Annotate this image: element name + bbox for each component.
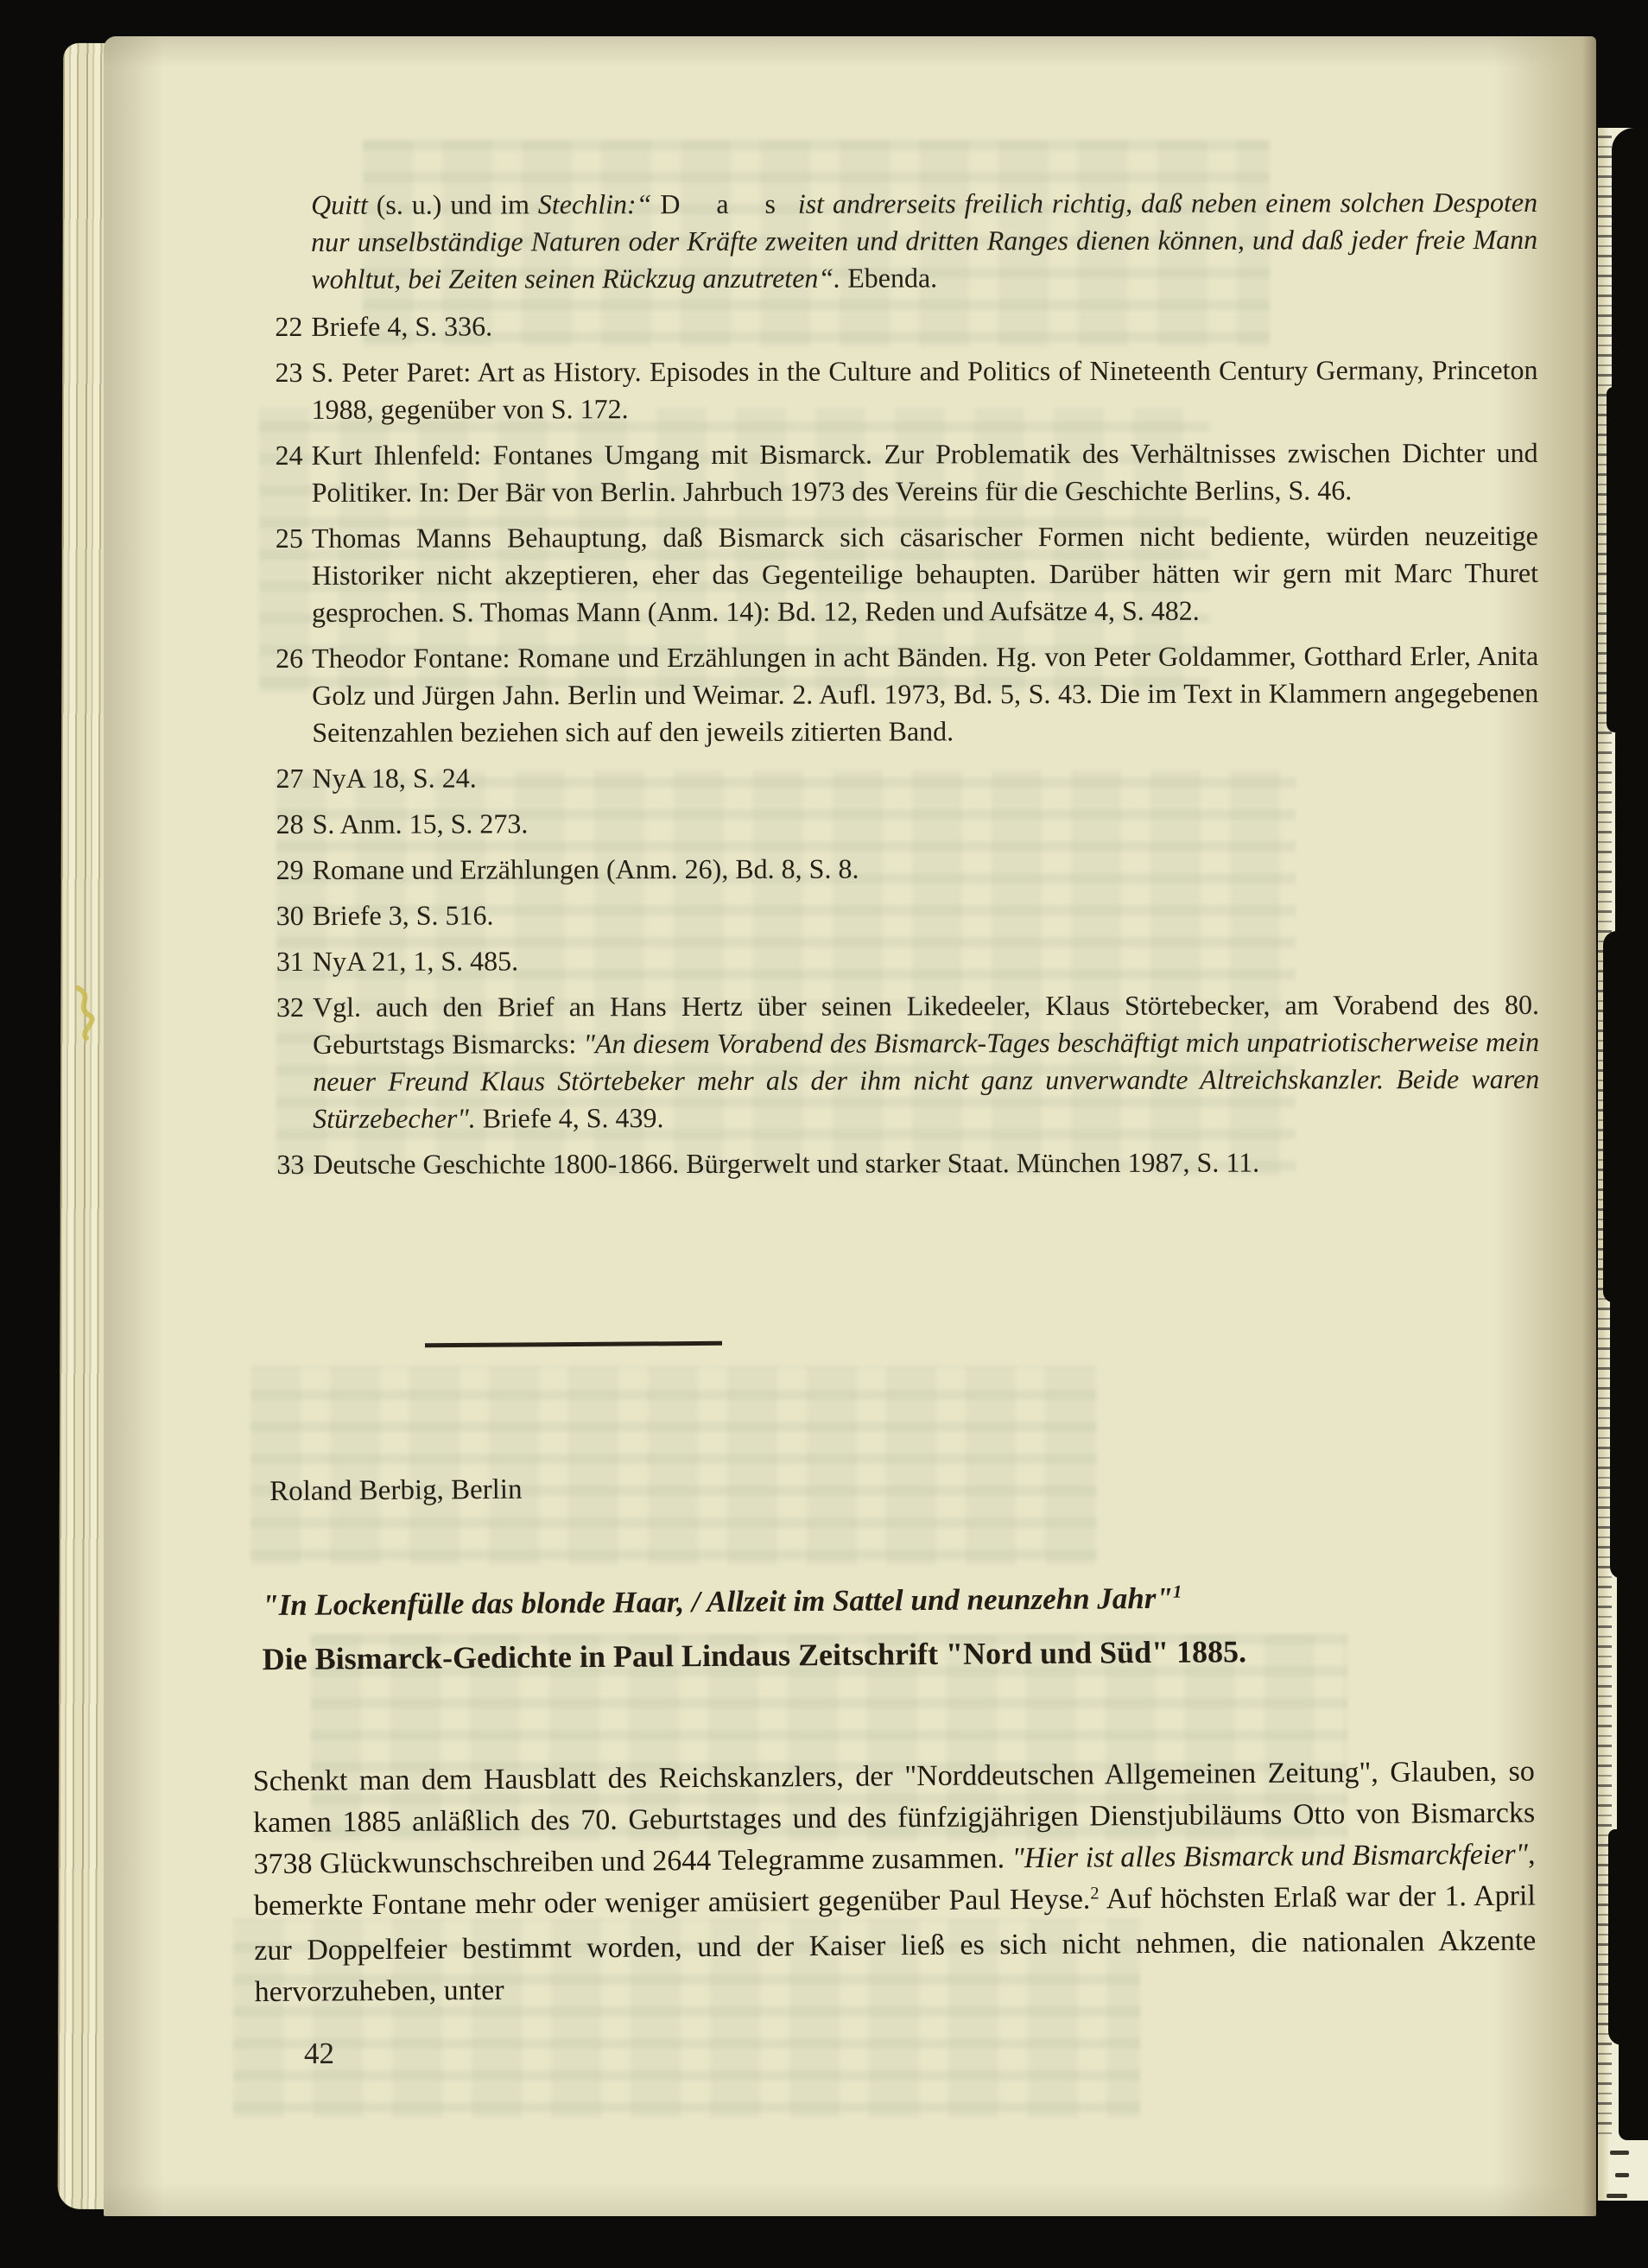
note-item: 32Vgl. auch den Brief an Hans Hertz über… xyxy=(276,986,1539,1137)
text-segment: S. Peter Paret: Art as History. Episodes… xyxy=(311,354,1537,425)
text-segment: S. Anm. 15, S. 273. xyxy=(313,808,529,839)
text-segment: NyA 18, S. 24. xyxy=(312,763,476,794)
note-number: 33 xyxy=(276,1146,313,1183)
text-segment: Theodor Fontane: Romane und Erzählungen … xyxy=(312,640,1538,748)
ink-blotch xyxy=(1612,128,1648,396)
note-number: 25 xyxy=(276,520,312,557)
note-item: 26Theodor Fontane: Romane und Erzählunge… xyxy=(276,637,1538,751)
note-number: 27 xyxy=(276,760,312,797)
note-text: NyA 18, S. 24. xyxy=(312,763,476,794)
text-segment: Kurt Ihlenfeld: Fontanes Umgang mit Bism… xyxy=(312,437,1538,508)
note-number: 26 xyxy=(276,640,312,677)
note-text: Briefe 3, S. 516. xyxy=(313,899,494,930)
note-number: 23 xyxy=(275,354,311,391)
article-body-paragraph: Schenkt man dem Hausblatt des Reichskanz… xyxy=(253,1752,1537,2014)
text-segment: D a s xyxy=(660,188,789,219)
text-segment: Romane und Erzählungen (Anm. 26), Bd. 8,… xyxy=(313,853,859,885)
note-item: 33Deutsche Geschichte 1800-1866. Bürgerw… xyxy=(276,1144,1539,1183)
text-segment: Stechlin:“ xyxy=(538,188,652,219)
text-segment: 2 xyxy=(1090,1884,1099,1903)
note-number: 22 xyxy=(275,308,311,345)
note-item: 25Thomas Manns Behauptung, daß Bismarck … xyxy=(276,517,1538,631)
text-segment xyxy=(789,188,798,219)
note-number: 29 xyxy=(276,852,313,889)
note-item: 29Romane und Erzählungen (Anm. 26), Bd. … xyxy=(276,849,1539,889)
note-text: Romane und Erzählungen (Anm. 26), Bd. 8,… xyxy=(313,853,859,885)
ink-blotch xyxy=(1615,724,1648,940)
section-divider-rule xyxy=(425,1341,722,1347)
article-header-block: Roland Berbig, Berlin "In Lockenfülle da… xyxy=(269,1465,1587,2013)
article-title-footnote-marker: 1 xyxy=(1173,1581,1182,1602)
article-subtitle: Die Bismarck-Gedichte in Paul Lindaus Ze… xyxy=(262,1629,1583,1680)
article-title: "In Lockenfülle das blonde Haar, / Allze… xyxy=(262,1575,1583,1629)
text-segment: Quitt xyxy=(311,189,368,220)
facing-page-edge xyxy=(1598,128,1648,2201)
facing-page-text-trace xyxy=(1615,2173,1629,2177)
scanned-page: Quitt (s. u.) und im Stechlin:“ D a s is… xyxy=(104,36,1596,2216)
note-item: 27NyA 18, S. 24. xyxy=(276,757,1538,797)
margin-scribble-mark xyxy=(73,981,98,1043)
endnotes-block: Quitt (s. u.) und im Stechlin:“ D a s is… xyxy=(275,184,1539,1192)
text-segment: Briefe 3, S. 516. xyxy=(313,899,494,930)
note-item: 30Briefe 3, S. 516. xyxy=(276,895,1539,934)
note-continuation-paragraph: Quitt (s. u.) und im Stechlin:“ D a s is… xyxy=(275,184,1537,298)
ink-blotch xyxy=(1619,2037,1648,2140)
article-author-line: Roland Berbig, Berlin xyxy=(269,1465,1582,1508)
page-number: 42 xyxy=(304,2037,334,2071)
ink-blotch xyxy=(1610,1294,1648,1579)
note-text: NyA 21, 1, S. 485. xyxy=(313,945,518,976)
ink-blotch xyxy=(1608,1829,1648,2045)
text-segment: Deutsche Geschichte 1800-1866. Bürgerwel… xyxy=(313,1147,1259,1180)
note-text: Kurt Ihlenfeld: Fontanes Umgang mit Bism… xyxy=(312,437,1538,508)
note-text: S. Anm. 15, S. 273. xyxy=(313,808,529,839)
text-segment: Ebenda. xyxy=(840,262,937,293)
text-segment: "Hier ist alles Bismarck und Bismarckfei… xyxy=(1011,1839,1528,1875)
note-text: Deutsche Geschichte 1800-1866. Bürgerwel… xyxy=(313,1147,1259,1180)
text-segment: (s. u.) und im xyxy=(368,188,538,219)
text-segment: Briefe 4, S. 439. xyxy=(476,1102,664,1133)
article-title-text: "In Lockenfülle das blonde Haar, / Allze… xyxy=(262,1581,1173,1622)
text-segment: Thomas Manns Behauptung, daß Bismarck si… xyxy=(312,520,1538,628)
text-segment: Briefe 4, S. 336. xyxy=(311,310,492,341)
ink-blotch xyxy=(1607,387,1648,732)
note-text: Thomas Manns Behauptung, daß Bismarck si… xyxy=(312,520,1538,628)
note-text: Theodor Fontane: Romane und Erzählungen … xyxy=(312,640,1538,748)
scanned-book-photo: Quitt (s. u.) und im Stechlin:“ D a s is… xyxy=(0,0,1648,2268)
note-number: 31 xyxy=(276,943,313,980)
note-item: 24Kurt Ihlenfeld: Fontanes Umgang mit Bi… xyxy=(276,434,1538,511)
note-item: 31NyA 21, 1, S. 485. xyxy=(276,941,1539,980)
note-item: 23S. Peter Paret: Art as History. Episod… xyxy=(275,352,1537,428)
note-text: Vgl. auch den Brief an Hans Hertz über s… xyxy=(313,989,1539,1134)
note-item: 28S. Anm. 15, S. 273. xyxy=(276,803,1539,843)
note-number: 24 xyxy=(276,437,312,474)
ink-blotch xyxy=(1603,931,1648,1302)
text-segment: NyA 21, 1, S. 485. xyxy=(313,945,518,976)
endnotes-list: 22Briefe 4, S. 336.23S. Peter Paret: Art… xyxy=(275,306,1539,1183)
note-text: Briefe 4, S. 336. xyxy=(311,310,492,341)
facing-page-text-trace xyxy=(1607,2194,1627,2198)
ink-blotch xyxy=(1617,1570,1648,1838)
note-item: 22Briefe 4, S. 336. xyxy=(275,306,1537,345)
note-number: 28 xyxy=(276,806,313,843)
note-number: 32 xyxy=(276,989,313,1026)
text-segment xyxy=(651,188,660,219)
note-text: S. Peter Paret: Art as History. Episodes… xyxy=(311,354,1537,425)
note-number: 30 xyxy=(276,897,313,934)
facing-page-text-trace xyxy=(1610,2151,1629,2155)
